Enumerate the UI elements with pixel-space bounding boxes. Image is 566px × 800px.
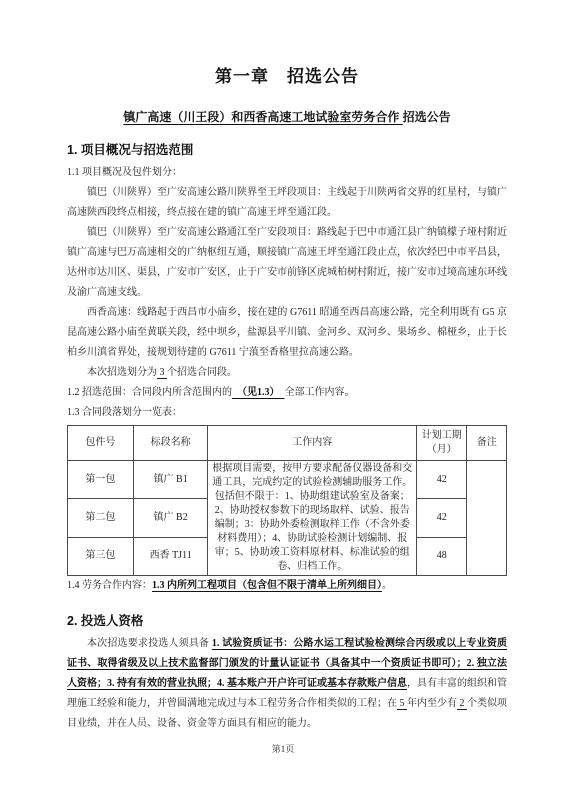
division-count-line: 本次招选划分为 3 个招选合同段。 xyxy=(67,363,507,383)
section1-heading: 1. 项目概况与招选范围 xyxy=(67,140,507,158)
years-value: 5 xyxy=(397,698,407,709)
doc-subtitle-underlined: 镇广高速（川王段）和西香高速工地试验室劳务合作 xyxy=(123,110,402,124)
division-prefix: 本次招选划分为 xyxy=(87,367,157,378)
qualification-prefix: 本次招选要求投选人须具备 xyxy=(87,638,212,649)
pkg-cell-2: 第二包 xyxy=(68,499,134,537)
division-count-value: 3 xyxy=(157,367,167,378)
contract-sections-table: 包件号 标段名称 工作内容 计划工期（月） 备注 第一包 镇广 B1 根据项目需… xyxy=(67,425,507,576)
work-content-cell: 根据项目需要，按甲方要求配备仪器设备和交通工具，完成约定的试验检测辅助服务工作。… xyxy=(208,461,417,576)
section1-body: 1.1 项目概况及包件划分： 镇巴（川陕界）至广安高速公路川陕界至王坪段项目：主… xyxy=(67,163,507,423)
item-1-1: 1.1 项目概况及包件划分： xyxy=(67,163,507,183)
header-planned-duration: 计划工期（月） xyxy=(416,426,466,461)
section-cell-3: 西香 TJ11 xyxy=(133,537,208,575)
chapter-title: 第一章 招选公告 xyxy=(67,62,507,87)
item-1-4: 1.4 劳务合作内容：1.3 内所列工程项目（包含但不限于清单上所列细目）。 xyxy=(67,576,507,596)
para-chuanshaan-wangping: 镇巴（川陕界）至广安高速公路川陕界至王坪段项目：主线起于川陕两省交界的红星村，与… xyxy=(67,183,507,223)
pkg-cell-3: 第三包 xyxy=(68,537,134,575)
doc-subtitle-tail: 招选公告 xyxy=(403,110,451,124)
remark-cell xyxy=(467,461,507,576)
qualification-paragraph: 本次招选要求投选人须具备 1. 试验资质证书：公路水运工程试验检测综合丙级或以上… xyxy=(67,634,507,734)
document-content: 第一章 招选公告 镇广高速（川王段）和西香高速工地试验室劳务合作 招选公告 1.… xyxy=(67,62,507,734)
doc-subtitle: 镇广高速（川王段）和西香高速工地试验室劳务合作 招选公告 xyxy=(67,108,507,125)
item-1-2-prefix: 1.2 招选范围：合同段内所含范围内的 xyxy=(67,387,232,398)
para-xixiang-expressway: 西香高速：线路起于西昌市小庙乡，接在建的 G7611 昭通至西昌高速公路，完全利… xyxy=(67,303,507,363)
item-1-2: 1.2 招选范围：合同段内所含范围内的 （见1.3） 全部工作内容。 xyxy=(67,383,507,403)
table-header-row: 包件号 标段名称 工作内容 计划工期（月） 备注 xyxy=(68,426,507,461)
section-cell-1: 镇广 B1 xyxy=(133,461,208,499)
duration-cell-2: 42 xyxy=(416,499,466,537)
pkg-cell-1: 第一包 xyxy=(68,461,134,499)
section2-body: 本次招选要求投选人须具备 1. 试验资质证书：公路水运工程试验检测综合丙级或以上… xyxy=(67,634,507,734)
duration-cell-1: 42 xyxy=(416,461,466,499)
page-number: 第1页 xyxy=(0,742,566,755)
document-page: 第一章 招选公告 镇广高速（川王段）和西香高速工地试验室劳务合作 招选公告 1.… xyxy=(0,0,566,800)
section-cell-2: 镇广 B2 xyxy=(133,499,208,537)
item-1-3: 1.3 合同段落划分一览表： xyxy=(67,403,507,423)
duration-cell-3: 48 xyxy=(416,537,466,575)
section2-heading: 2. 投选人资格 xyxy=(67,611,507,629)
item-1-4-scope: 1.3 内所列工程项目（包含但不限于清单上所列细目） xyxy=(152,580,382,591)
similar-projects-count: 2 xyxy=(457,698,467,709)
item-1-2-suffix: 全部工作内容。 xyxy=(285,387,355,398)
header-package: 包件号 xyxy=(68,426,134,461)
qualification-mid2: 年内至少有 xyxy=(407,698,457,709)
para-tongjiang-guangan: 镇巴（川陕界）至广安高速公路通江至广安段项目：路线起于巴中市通江县广纳镇檬子垭村… xyxy=(67,223,507,303)
item-1-4-suffix: 。 xyxy=(382,580,392,591)
division-suffix: 个招选合同段。 xyxy=(167,367,237,378)
item-1-4-prefix: 1.4 劳务合作内容： xyxy=(67,580,152,591)
item-1-2-reference: （见1.3） xyxy=(232,387,285,398)
header-work-content: 工作内容 xyxy=(208,426,417,461)
table-row: 第一包 镇广 B1 根据项目需要，按甲方要求配备仪器设备和交通工具，完成约定的试… xyxy=(68,461,507,499)
header-remark: 备注 xyxy=(467,426,507,461)
header-section-name: 标段名称 xyxy=(133,426,208,461)
